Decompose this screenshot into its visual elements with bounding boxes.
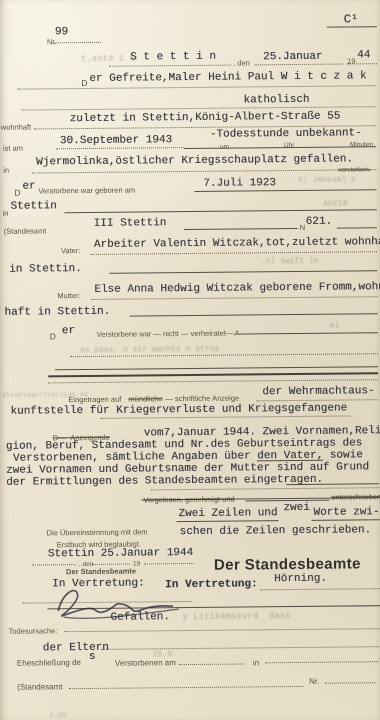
stamp-artifact: y Litikamssvrd dass — [182, 611, 290, 622]
correction-line2: schen die Zeilen geschrieben. — [180, 524, 372, 538]
divider-heavy — [48, 372, 378, 377]
bleedthrough-artifact: t.asta i S — [81, 54, 135, 65]
death-place-value: Wjermolinka,östlicher Kriegsschauplatz g… — [36, 153, 353, 168]
father-value-line2: in Stettin. — [9, 263, 82, 276]
form-line — [184, 228, 298, 230]
corner-mark: C¹ — [344, 12, 359, 26]
scanned-form: C¹ Nr. 99 t.asta i S S t e t t i n , den… — [0, 0, 380, 720]
mother-label: Mutter: — [57, 291, 80, 300]
death-time-note: -Todesstunde unbekannt- — [210, 127, 362, 140]
born-prefix-typed: er — [22, 180, 35, 192]
signature-place-date: Stettin 25.Januar 1944 — [48, 547, 193, 560]
cause-of-death-value: Gefallen. — [110, 611, 170, 624]
underline — [312, 519, 380, 521]
dotted-line — [91, 296, 377, 300]
form-line — [65, 209, 377, 213]
dotted-line — [17, 85, 375, 89]
dotted-line — [347, 63, 377, 64]
marriage-nr-label: Nr. — [309, 677, 319, 686]
born-prefix-label: D — [14, 188, 20, 198]
form-code: O.202 — [49, 712, 67, 719]
note-line5: der Ermittlungen des Standesbeamten eing… — [6, 474, 323, 489]
dotted-line — [179, 663, 245, 665]
underline — [177, 520, 279, 522]
religion-value: katholisch — [243, 94, 309, 107]
year-value: 44 — [357, 49, 370, 61]
eingetragen-label: Eingetragen auf — [68, 395, 121, 405]
deceased-prefix-label: D — [81, 78, 87, 88]
deceased-name-line: er Gefreite,Maler Heini Paul W i t c z a… — [89, 70, 366, 85]
born-label: Verstorbene war geboren am — [38, 186, 135, 196]
dotted-line — [101, 646, 380, 650]
registry-office-label: (Standesamt — [4, 226, 47, 235]
dotted-line — [53, 42, 101, 43]
birth-date-value: 7.Juli 1923 — [203, 177, 276, 190]
registrar-small-label: Der Standesbeamte — [66, 567, 136, 577]
residence-label: wohnhaft — [1, 123, 32, 132]
strike-line — [184, 146, 376, 149]
city-value: S t e t t i n — [130, 51, 216, 64]
birth-place-label: in — [3, 209, 9, 218]
correction-line1b: zwei — [283, 502, 310, 514]
schriftliche-anzeige-label: — schriftliche Anzeige — [165, 394, 239, 404]
father-value-line1: Arbeiter Valentin Witczak,tot,zuletzt wo… — [94, 236, 380, 251]
death-record-document: C¹ Nr. 99 t.asta i S S t e t t i n , den… — [0, 0, 380, 720]
birth-place-value: Stettin — [10, 200, 56, 212]
corner-underline — [327, 26, 377, 27]
residence-value: zuletzt in Stettin,König-Albert-Straße 5… — [70, 111, 341, 126]
dotted-line — [325, 682, 375, 683]
den-label: , den — [233, 58, 250, 67]
registry-office-value: III Stettin — [94, 217, 167, 230]
date-value: 25.Januar — [263, 51, 323, 64]
marriage-label: Eheschließung de — [17, 658, 81, 668]
marriage-s-typed: s — [89, 651, 96, 663]
dotted-line — [32, 564, 76, 565]
father-label: Vater: — [61, 246, 81, 255]
marriage-standesamt-label: (Standesamt — [17, 682, 62, 691]
correction-line1c: Worte zwi- — [313, 506, 379, 519]
beglaubigt-line1: Die Übereinstimmung mit dem — [47, 527, 148, 537]
dotted-line — [92, 564, 130, 565]
dotted-line — [69, 686, 303, 689]
registrar-large-label: Der Standesbeamte — [214, 555, 361, 573]
source-line1: der Wehrmachtaus- — [262, 385, 374, 398]
marital-status-label: Verstorbene war — nicht — verheiratet—.* — [97, 329, 239, 339]
dotted-line — [265, 661, 380, 663]
marital-prefix-typed: er — [62, 325, 75, 337]
dotted-line — [151, 487, 379, 490]
dotted-line — [48, 379, 378, 383]
dotted-line — [32, 169, 376, 173]
marital-prefix-label: D — [50, 331, 56, 341]
form-line — [109, 270, 377, 274]
correction-line1a: Zwei Zeilen und — [178, 507, 277, 520]
mother-value-line2: haft in Stettin. — [4, 306, 110, 319]
registry-nr-value: 621. — [306, 216, 333, 228]
cause-of-death-label: Todesursache: — [9, 626, 58, 635]
registrar-name: Hörning. — [274, 573, 327, 586]
record-number-value: 99 — [55, 26, 68, 38]
der-eltern-typed: der Eltern — [43, 642, 109, 655]
bleedthrough-artifact: as pass, o str wachts n stroa — [80, 345, 219, 355]
form-line — [286, 483, 379, 485]
muendliche-struck-label: mündliche — [128, 394, 162, 403]
bleedthrough-artifact: .nl swift in — [261, 257, 319, 267]
dotted-line — [255, 64, 343, 66]
mother-value-line1: Else Anna Hedwig Witczak geborene Fromm,… — [94, 281, 380, 296]
divider-thin — [55, 366, 378, 370]
dotted-line — [256, 399, 378, 401]
dotted-line — [56, 147, 184, 149]
bleedthrough-artifact: el — [330, 322, 340, 331]
dotted-line — [91, 251, 377, 255]
registry-nr-label: N — [300, 223, 306, 232]
dotted-line — [65, 628, 380, 632]
dotted-line — [260, 588, 380, 590]
death-place-label: in — [3, 166, 9, 175]
death-date-value: 30.September 1943 — [60, 134, 172, 147]
dotted-line — [109, 65, 231, 67]
bleedthrough-artifact: t; Jenssal s — [298, 175, 356, 185]
form-line — [235, 332, 378, 334]
verstorbenen-am-label: Verstorbenen am — [115, 658, 176, 668]
form-line — [337, 227, 377, 228]
dotted-line — [144, 563, 194, 564]
death-date-label: ist am — [3, 144, 23, 153]
bleedthrough-artifact: AUY18 — [323, 199, 347, 208]
marriage-in-label: in — [253, 658, 259, 667]
form-line — [130, 313, 378, 316]
